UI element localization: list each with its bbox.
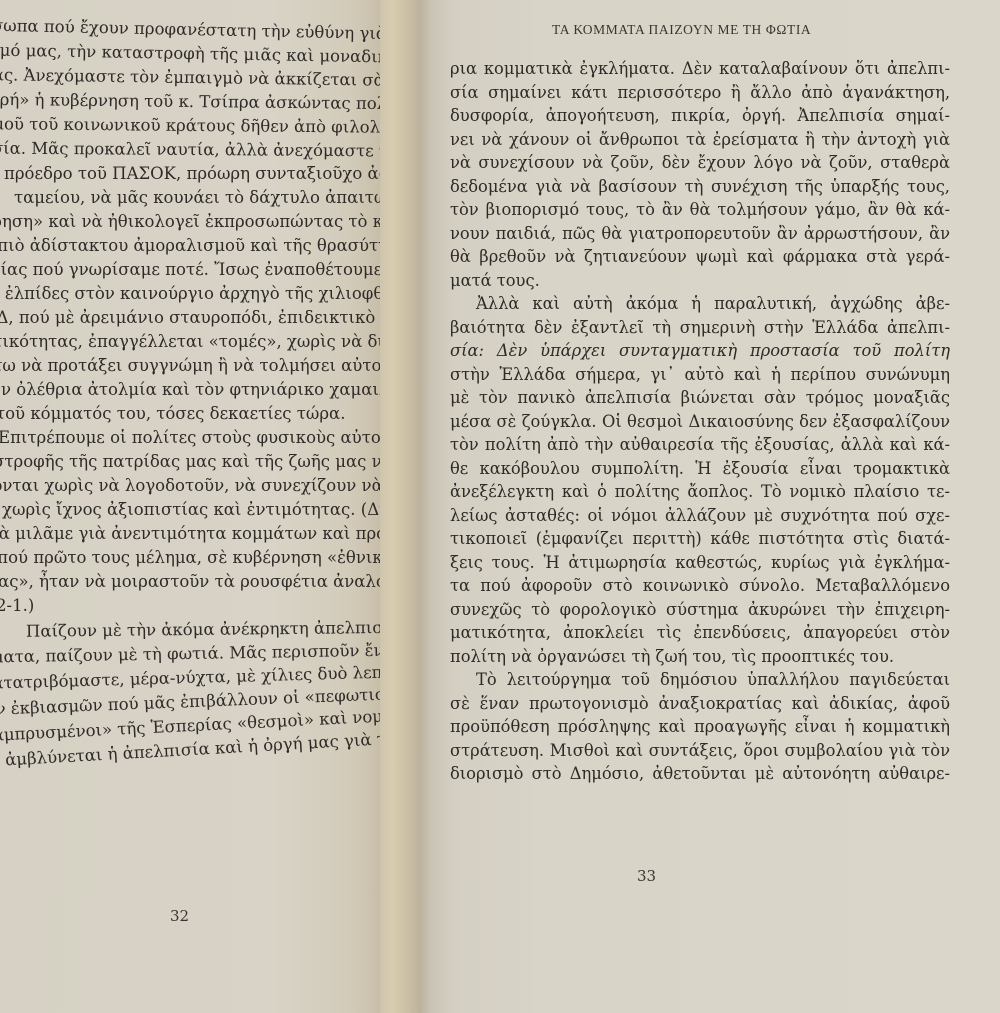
text-line: προϋπόθεση πρόσληψης καὶ προαγωγῆς εἶναι… [450, 715, 950, 739]
text-line: ικὰ μιλᾶμε γιὰ ἀνεντιμότητα κομμάτων καὶ… [0, 522, 392, 546]
text-line: θε κακόβουλου συμπολίτη. Ἡ ἐξουσία εἶναι… [450, 457, 950, 481]
text-line: ματά τους. [450, 269, 950, 293]
text-line: σὲ ἕναν πρωτογονισμὸ ἀναξιοκρατίας καὶ ἀ… [450, 692, 950, 716]
text-line: πολίτη νὰ ὀργανώσει τὴ ζωή του, τὶς προο… [450, 645, 950, 669]
text-line: βαιότητα δὲν ἐξαντλεῖ τὴ σημερινὴ στὴν Ἑ… [450, 316, 950, 340]
text-line: Τὸ λειτούργημα τοῦ δημόσιου ὑπαλλήλου πα… [450, 668, 950, 692]
text-line: δυσφορία, ἀπογοήτευση, πικρία, ὀργή. Ἀπε… [450, 104, 950, 128]
text-line: αστροφῆς τῆς πατρίδας μας καὶ τῆς ζωῆς μ… [0, 450, 392, 474]
text-line: νει νὰ χάνουν οἱ ἄνθρωποι τὰ ἐρείσματα ἢ… [450, 128, 950, 152]
text-line: λονται χωρὶς νὰ λογοδοτοῦν, νὰ συνεχίζου… [0, 474, 392, 498]
open-book-spread: όσωπα πού ἔχουν προφανέστατη τὴν εὐθύνη … [0, 0, 1000, 1013]
text-line: νόηση» καὶ νὰ ἠθικολογεῖ ἐκπροσωπώντας τ… [0, 210, 392, 234]
text-line: νείας πού γνωρίσαμε ποτέ. Ἴσως ἐναποθέτο… [0, 258, 392, 282]
text-line: τὸν βιοπορισμό τους, τὸ ἂν θὰ τολμήσουν … [450, 198, 950, 222]
text-line: τὸν πολίτη ἀπὸ τὴν αὐθαιρεσία τῆς ἐξουσί… [450, 433, 950, 457]
right-page-body: ρια κομματικὰ ἐγκλήματα. Δὲν καταλαβαίνο… [450, 57, 950, 786]
book-gutter [380, 0, 430, 1013]
left-page-body: όσωπα πού ἔχουν προφανέστατη τὴν εὐθύνη … [0, 18, 392, 762]
text-line: σία: Δὲν ὑπάρχει συνταγματικὴ προστασία … [450, 339, 950, 363]
text-line: Ἀλλὰ καὶ αὐτὴ ἀκόμα ἡ παραλυτική, ἀγχώδη… [450, 292, 950, 316]
page-number-left: 32 [170, 907, 189, 925]
text-line: ΝΔ, πού μὲ ἀρειμάνιο σταυροπόδι, ἐπιδεικ… [0, 306, 392, 330]
text-line: τικοποιεῖ (ἐμφανίζει περιττὴ) κάθε πιστό… [450, 527, 950, 551]
text-line: σία σημαίνει κάτι περισσότερο ἢ ἄλλο ἀπὸ… [450, 81, 950, 105]
text-line: ἀνεξέλεγκτη καὶ ὁ πολίτης ἄοπλος. Τὸ νομ… [450, 480, 950, 504]
text-line: ρίας», ἦταν νὰ μοιραστοῦν τὰ ρουσφέτια ἀ… [0, 570, 392, 594]
text-line: ῦ πιὸ ἀδίστακτου ἀμοραλισμοῦ καὶ τῆς θρα… [0, 234, 392, 258]
page-number-right: 33 [637, 867, 656, 885]
text-line: Ἐπιτρέπουμε οἱ πολίτες στοὺς φυσικοὺς αὐ… [0, 426, 392, 450]
text-line: δεδομένα γιὰ νὰ βασίσουν τὴ συνέχιση τῆς… [450, 175, 950, 199]
text-line: μέσα σὲ ζούγκλα. Οἱ θεσμοὶ Δικαιοσύνης δ… [450, 410, 950, 434]
text-line: λείως ἀσταθές: οἱ νόμοι ἀλλάζουν μὲ συχν… [450, 504, 950, 528]
text-line: νουν παιδιά, πῶς θὰ γιατροπορευτοῦν ἂν ἀ… [450, 222, 950, 246]
text-line: ξεις τους. Ἡ ἀτιμωρησία καθεστώς, κυρίως… [450, 551, 950, 575]
text-line: πρόεδρο τοῦ ΠΑΣΟΚ, πρόωρη συνταξιοῦχο ἀσ… [0, 162, 392, 186]
text-line: διορισμὸ στὸ Δημόσιο, ἀθετοῦνται μὲ αὐτο… [450, 762, 950, 786]
text-line: 2-1.) [0, 594, 392, 618]
text-line: τὴν ὀλέθρια ἀτολμία καὶ τὸν φτηνιάρικο χ… [0, 378, 392, 402]
text-line: νὰ συνεχίσουν νὰ ζοῦν, δὲν ἔχουν λόγο νὰ… [450, 151, 950, 175]
text-line: αὶ ἐλπίδες στὸν καινούργιο ἀρχηγὸ τῆς χι… [0, 282, 392, 306]
text-line: στω νὰ προτάξει συγγνώμη ἢ νὰ τολμήσει α… [0, 354, 392, 378]
text-line: τοῦ κόμματός του, τόσες δεκαετίες τώρα. [0, 402, 392, 426]
text-line: στράτευση. Μισθοὶ καὶ συντάξεις, ὅροι συ… [450, 739, 950, 763]
text-line: ρια κομματικὰ ἐγκλήματα. Δὲν καταλαβαίνο… [450, 57, 950, 81]
text-line: θὰ βρεθοῦν νὰ ζητιανεύουν ψωμὶ καὶ φάρμα… [450, 245, 950, 269]
text-line: στικότητας, ἐπαγγέλλεται «τομές», χωρὶς … [0, 330, 392, 354]
text-line: ταμείου, νὰ μᾶς κουνάει τὸ δάχτυλο ἀπαιτ… [0, 186, 392, 210]
text-line: τα πού ἀφοροῦν στὸ κοινωνικὸ σύνολο. Μετ… [450, 574, 950, 598]
right-page: ΤΑ ΚΟΜΜΑΤΑ ΠΑΙΖΟΥΝ ΜΕ ΤΗ ΦΩΤΙΑ ρια κομμα… [430, 0, 1000, 1013]
text-line: ματικότητα, ἀποκλείει τὶς ἐπενδύσεις, ἀπ… [450, 621, 950, 645]
left-page: όσωπα πού ἔχουν προφανέστατη τὴν εὐθύνη … [0, 0, 392, 1013]
text-line: στὴν Ἑλλάδα σήμερα, γι᾽ αὐτὸ καὶ ἡ περίπ… [450, 363, 950, 387]
running-head: ΤΑ ΚΟΜΜΑΤΑ ΠΑΙΖΟΥΝ ΜΕ ΤΗ ΦΩΤΙΑ [552, 22, 811, 38]
text-line: συνεχῶς τὸ φορολογικὸ σύστημα ἀκυρώνει τ… [450, 598, 950, 622]
text-line: μὲ τὸν πανικὸ ἀπελπισία βιώνεται σὰν τρό… [450, 386, 950, 410]
text-line: ησία. Μᾶς προκαλεῖ ναυτία, ἀλλὰ ἀνεχόμασ… [0, 137, 392, 164]
text-line: χωρὶς ἴχνος ἀξιοπιστίας καὶ ἐντιμότητας.… [0, 498, 392, 522]
text-line: ν πού πρῶτο τους μέλημα, σὲ κυβέρνηση «ἐ… [0, 546, 392, 570]
text-line: σμοῦ τοῦ κοινωνικοῦ κράτους δῆθεν ἀπὸ φι… [0, 112, 392, 140]
